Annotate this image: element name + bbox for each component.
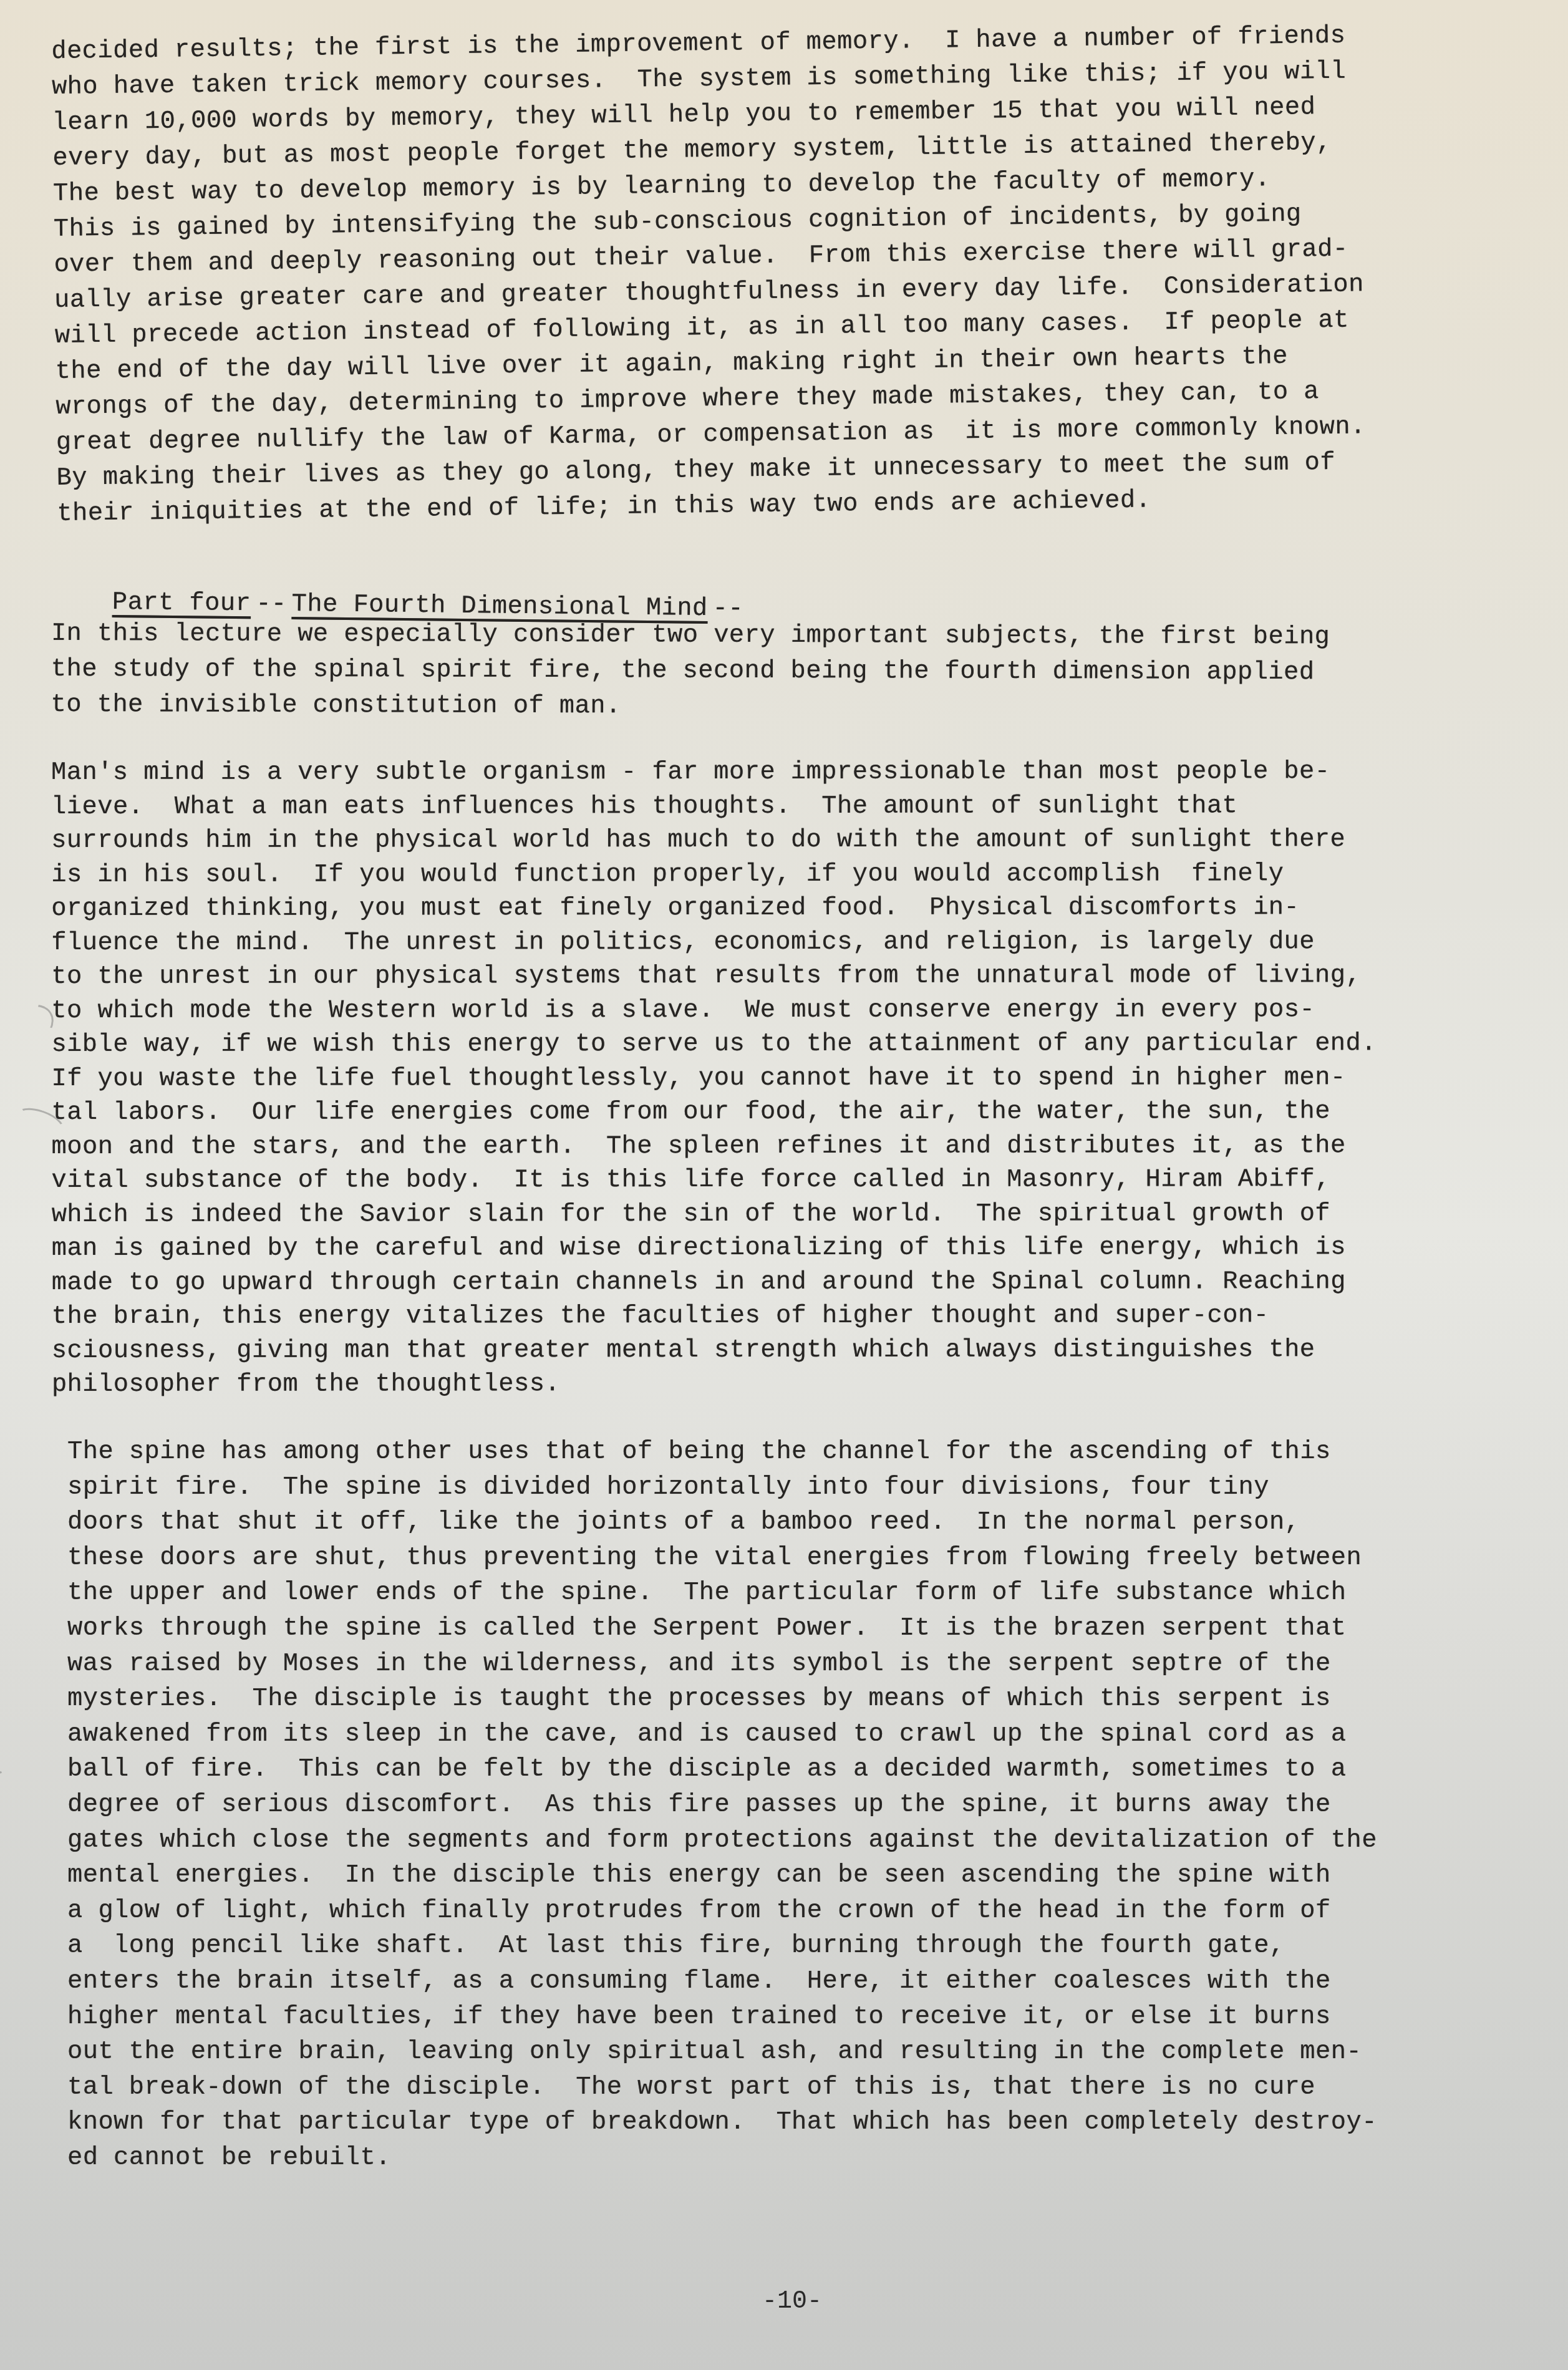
text-line: which is indeed the Savior slain for the… xyxy=(52,1197,1377,1232)
text-line: ball of fire. This can be felt by the di… xyxy=(67,1752,1377,1787)
text-line: to which mode the Western world is a sla… xyxy=(51,993,1377,1028)
page-number: -10- xyxy=(762,2288,822,2316)
text-line: The spine has among other uses that of b… xyxy=(67,1434,1377,1470)
text-line: lieve. What a man eats influences his th… xyxy=(51,789,1377,824)
paragraph-intro: In this lecture we especially consider t… xyxy=(51,616,1330,726)
text-line: known for that particular type of breakd… xyxy=(67,2105,1377,2140)
paragraph-memory: decided results; the first is the improv… xyxy=(51,18,1367,532)
text-line: to the invisible constitution of man. xyxy=(51,687,1330,726)
text-line: If you waste the life fuel thoughtlessly… xyxy=(51,1061,1377,1096)
section-separator: -- xyxy=(251,589,292,619)
text-line: these doors are shut, thus preventing th… xyxy=(67,1541,1377,1576)
text-line: was raised by Moses in the wilderness, a… xyxy=(67,1647,1377,1682)
document-page: decided results; the first is the improv… xyxy=(0,0,1568,2370)
text-line: fluence the mind. The unrest in politics… xyxy=(51,925,1377,960)
text-line: the upper and lower ends of the spine. T… xyxy=(67,1575,1377,1611)
text-line: In this lecture we especially consider t… xyxy=(51,616,1330,655)
paragraph-spine: The spine has among other uses that of b… xyxy=(67,1434,1377,2175)
text-line: a long pencil like shaft. At last this f… xyxy=(67,1928,1377,1964)
text-line: higher mental faculties, if they have be… xyxy=(67,2000,1377,2035)
text-line: philosopher from the thoughtless. xyxy=(52,1366,1377,1401)
text-line: organized thinking, you must eat finely … xyxy=(51,891,1377,926)
text-line: surrounds him in the physical world has … xyxy=(51,823,1377,858)
text-line: out the entire brain, leaving only spiri… xyxy=(67,2034,1377,2070)
text-line: spirit fire. The spine is divided horizo… xyxy=(67,1470,1377,1506)
text-line: sible way, if we wish this energy to ser… xyxy=(51,1027,1377,1062)
text-line: enters the brain itself, as a consuming … xyxy=(67,1964,1377,2000)
text-line: works through the spine is called the Se… xyxy=(67,1611,1377,1647)
text-line: tal break-down of the disciple. The wors… xyxy=(67,2070,1377,2106)
text-line: mental energies. In the disciple this en… xyxy=(67,1858,1377,1894)
text-line: awakened from its sleep in the cave, and… xyxy=(67,1717,1377,1753)
text-line: the study of the spinal spirit fire, the… xyxy=(51,652,1330,690)
text-line: sciousness, giving man that greater ment… xyxy=(52,1333,1377,1368)
text-line: gates which close the segments and form … xyxy=(67,1823,1377,1859)
text-line: Man's mind is a very subtle organism - f… xyxy=(51,755,1377,790)
text-line: tal labors. Our life energies come from … xyxy=(51,1095,1377,1129)
text-line: vital substance of the body. It is this … xyxy=(52,1163,1377,1197)
text-line: ed cannot be rebuilt. xyxy=(67,2140,1377,2176)
pencil-margin-mark xyxy=(0,1766,31,1799)
text-line: to the unrest in our physical systems th… xyxy=(51,959,1377,994)
text-line: the brain, this energy vitalizes the fac… xyxy=(52,1299,1377,1333)
text-line: a glow of light, which finally protrudes… xyxy=(67,1894,1377,1929)
text-line: made to go upward through certain channe… xyxy=(52,1265,1377,1300)
section-part-label: Part four xyxy=(112,588,251,618)
text-line: degree of serious discomfort. As this fi… xyxy=(67,1787,1377,1823)
text-line: moon and the stars, and the earth. The s… xyxy=(52,1129,1377,1164)
text-line: man is gained by the careful and wise di… xyxy=(52,1231,1377,1265)
paragraph-mans-mind: Man's mind is a very subtle organism - f… xyxy=(51,755,1377,1401)
text-line: is in his soul. If you would function pr… xyxy=(51,857,1377,892)
text-line: doors that shut it off, like the joints … xyxy=(67,1505,1377,1541)
text-line: mysteries. The disciple is taught the pr… xyxy=(67,1681,1377,1717)
